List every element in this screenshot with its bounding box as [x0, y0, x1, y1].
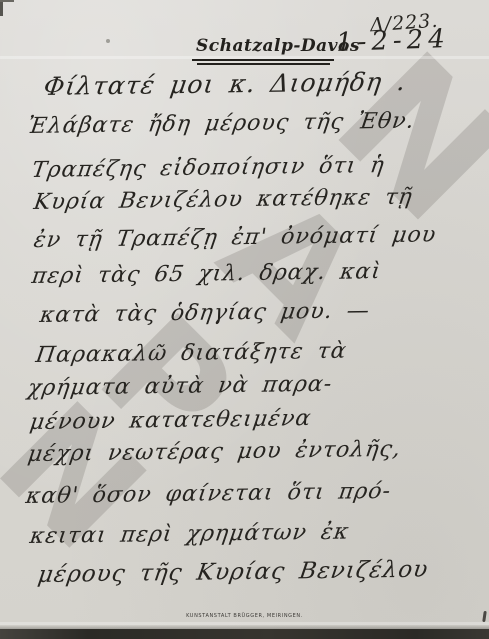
- handwritten-line: μέρους τῆς Κυρίας Βενιζέλου: [36, 557, 430, 588]
- letterhead-underline: [197, 63, 330, 65]
- scan-corner-mark: [0, 0, 3, 16]
- handwritten-line: μένουν κατατεθειμένα: [28, 406, 313, 435]
- handwritten-line: Κυρία Βενιζέλου κατέθηκε τῇ: [32, 185, 414, 215]
- ink-speck: [106, 39, 110, 43]
- date-handwritten: 1-2-24: [336, 24, 451, 58]
- handwritten-line: κειται περὶ χρημάτων ἐκ: [28, 520, 351, 549]
- scanned-letter-page: Ν Ρ Α Ν Δ/223. Schatzalp-Davos 1-2-24 Φί…: [0, 0, 489, 639]
- printer-imprint: KUNSTANSTALT BRÜGGER, MEIRINGEN.: [0, 613, 489, 619]
- handwritten-line: Τραπέζης εἰδοποίησιν ὅτι ἡ: [30, 153, 386, 183]
- scan-corner-mark: [0, 0, 14, 2]
- handwritten-line: μέχρι νεωτέρας μου ἐντολῆς,: [26, 437, 403, 467]
- letterhead-underline: [192, 59, 334, 61]
- handwritten-line-salutation: Φίλτατέ μοι κ. Διομήδη .: [42, 67, 408, 101]
- scan-edge: [0, 629, 489, 639]
- handwritten-line: περὶ τὰς 65 χιλ. δραχ. καὶ: [30, 259, 383, 289]
- handwritten-line: χρήματα αὐτὰ νὰ παρα-: [26, 372, 334, 401]
- handwritten-line: κατὰ τὰς ὁδηγίας μου. —: [38, 298, 371, 328]
- handwritten-line: Παρακαλῶ διατάξητε τὰ: [34, 339, 348, 368]
- handwritten-line: καθ' ὅσον φαίνεται ὅτι πρό-: [24, 479, 393, 509]
